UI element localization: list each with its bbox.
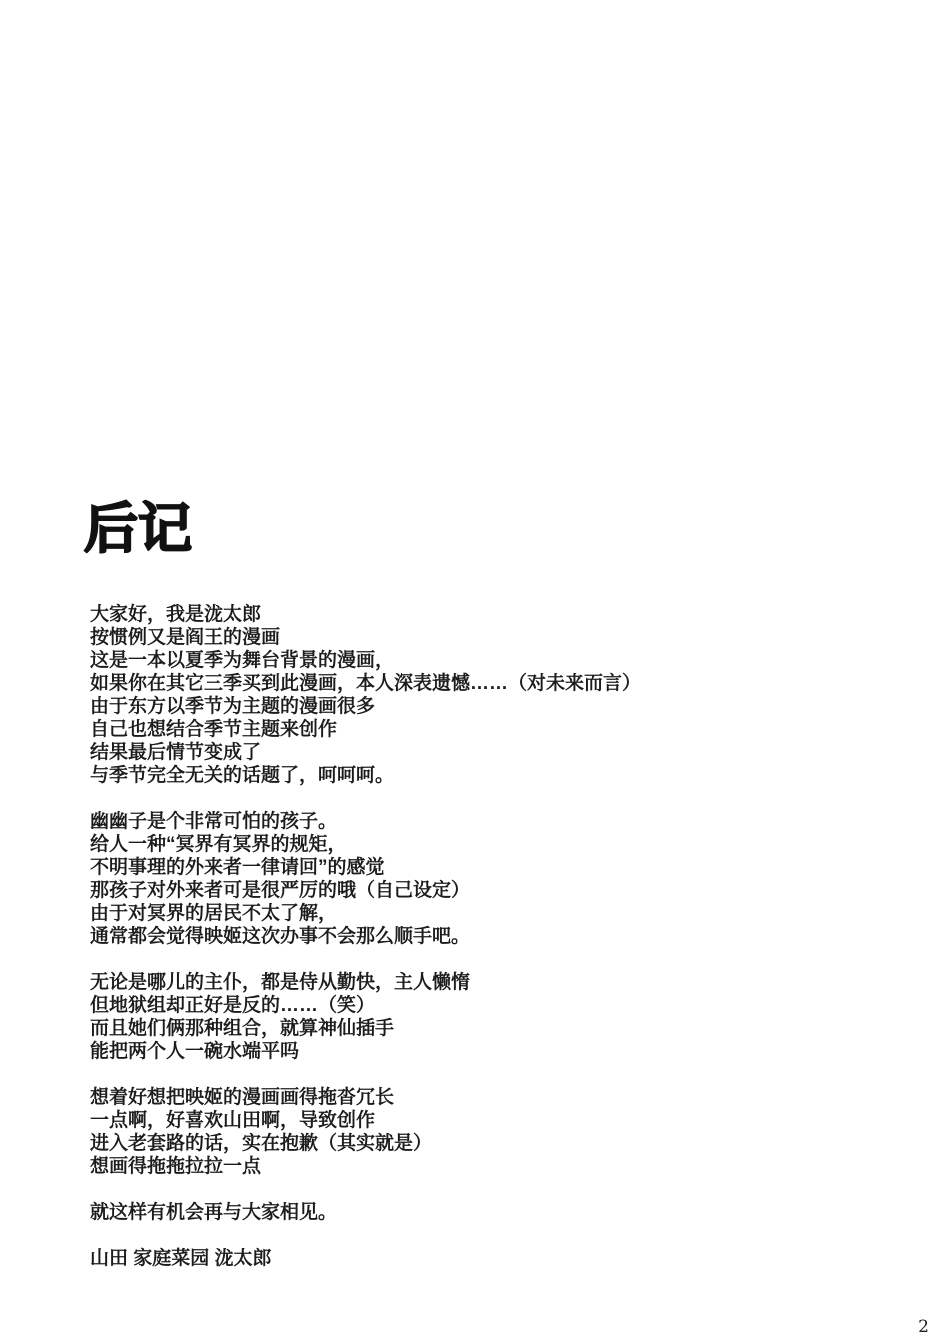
text-line: 按惯例又是阎王的漫画 <box>90 626 641 649</box>
text-line: 就这样有机会再与大家相见。 <box>90 1201 641 1224</box>
text-line: 进入老套路的话，实在抱歉（其实就是） <box>90 1132 641 1155</box>
text-line: 山田 家庭菜园 泷太郎 <box>90 1247 641 1270</box>
paragraph: 幽幽子是个非常可怕的孩子。给人一种“冥界有冥界的规矩，不明事理的外来者一律请回”… <box>90 810 641 948</box>
text-line: 大家好，我是泷太郎 <box>90 603 641 626</box>
text-line: 通常都会觉得映姬这次办事不会那么顺手吧。 <box>90 925 641 948</box>
paragraph: 山田 家庭菜园 泷太郎 <box>90 1247 641 1270</box>
page-title: 后记 <box>84 498 192 560</box>
text-line: 想画得拖拖拉拉一点 <box>90 1155 641 1178</box>
text-line: 但地狱组却正好是反的……（笑） <box>90 994 641 1017</box>
afterword-page: 后记 大家好，我是泷太郎按惯例又是阎王的漫画这是一本以夏季为舞台背景的漫画，如果… <box>0 0 938 1341</box>
text-line: 自己也想结合季节主题来创作 <box>90 718 641 741</box>
text-line: 一点啊，好喜欢山田啊，导致创作 <box>90 1109 641 1132</box>
text-line: 而且她们俩那种组合，就算神仙插手 <box>90 1017 641 1040</box>
text-line: 不明事理的外来者一律请回”的感觉 <box>90 856 641 879</box>
afterword-text: 大家好，我是泷太郎按惯例又是阎王的漫画这是一本以夏季为舞台背景的漫画，如果你在其… <box>90 603 641 1270</box>
text-line: 与季节完全无关的话题了，呵呵呵。 <box>90 764 641 787</box>
text-line: 想着好想把映姬的漫画画得拖沓冗长 <box>90 1086 641 1109</box>
text-line: 由于对冥界的居民不太了解， <box>90 902 641 925</box>
page-number: 2 <box>918 1317 929 1337</box>
text-line: 如果你在其它三季买到此漫画，本人深表遗憾……（对未来而言） <box>90 672 641 695</box>
text-line: 那孩子对外来者可是很严厉的哦（自己设定） <box>90 879 641 902</box>
text-line: 幽幽子是个非常可怕的孩子。 <box>90 810 641 833</box>
paragraph: 就这样有机会再与大家相见。 <box>90 1201 641 1224</box>
paragraph: 无论是哪儿的主仆，都是侍从勤快，主人懒惰但地狱组却正好是反的……（笑）而且她们俩… <box>90 971 641 1063</box>
text-line: 这是一本以夏季为舞台背景的漫画， <box>90 649 641 672</box>
text-line: 无论是哪儿的主仆，都是侍从勤快，主人懒惰 <box>90 971 641 994</box>
text-line: 结果最后情节变成了 <box>90 741 641 764</box>
paragraph: 大家好，我是泷太郎按惯例又是阎王的漫画这是一本以夏季为舞台背景的漫画，如果你在其… <box>90 603 641 787</box>
text-line: 能把两个人一碗水端平吗 <box>90 1040 641 1063</box>
paragraph: 想着好想把映姬的漫画画得拖沓冗长一点啊，好喜欢山田啊，导致创作进入老套路的话，实… <box>90 1086 641 1178</box>
document-page: { "page": { "title": "后记", "paragraphs":… <box>0 0 938 1341</box>
text-line: 由于东方以季节为主题的漫画很多 <box>90 695 641 718</box>
text-line: 给人一种“冥界有冥界的规矩， <box>90 833 641 856</box>
